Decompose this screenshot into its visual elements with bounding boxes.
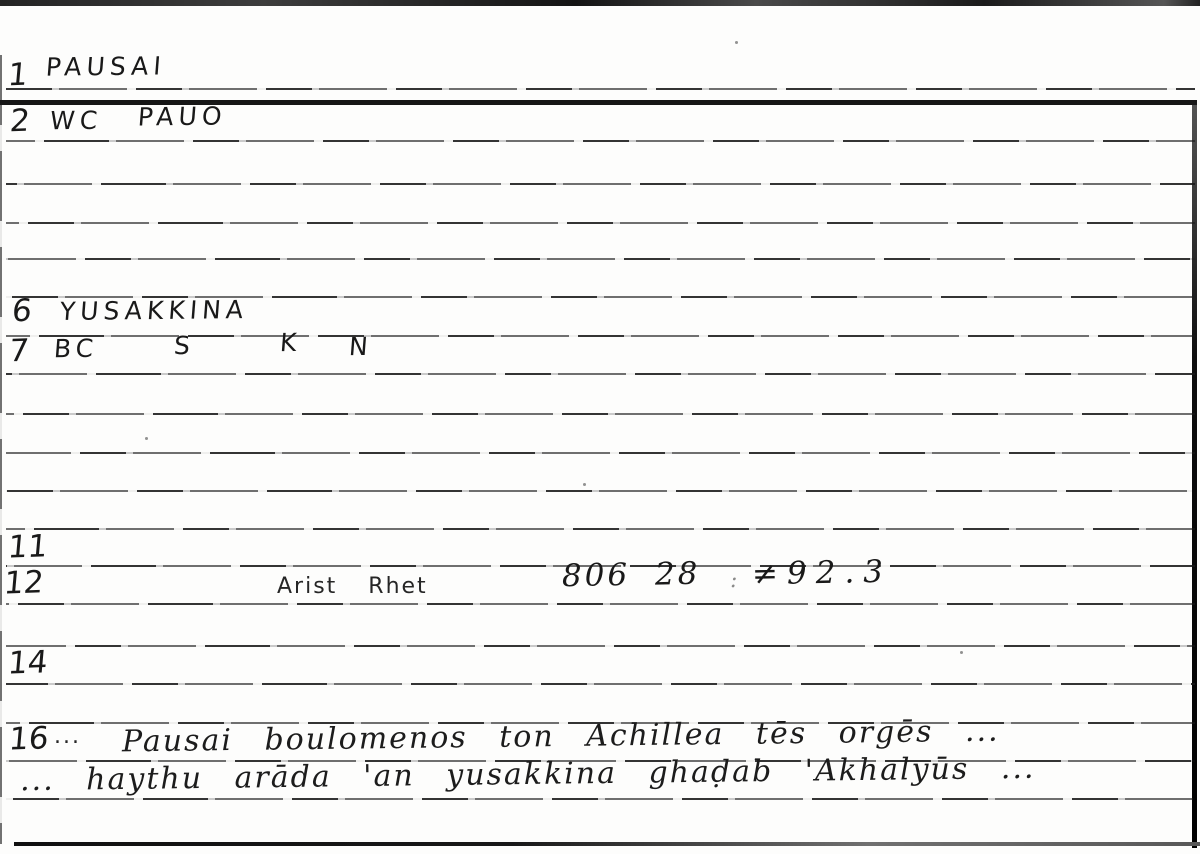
scan-speck	[960, 651, 963, 654]
handwritten-entry: S	[173, 333, 196, 358]
handwritten-entry: YUSAKKINA	[59, 297, 249, 324]
handwritten-entry: Pausai boulomenos ton Achillea tēs orgēs…	[122, 717, 1000, 758]
margin-line-number: 14	[7, 647, 49, 679]
scan-speck	[735, 41, 738, 44]
ruled-line	[6, 222, 1195, 224]
ruled-line	[6, 603, 1195, 605]
handwritten-entry: N	[348, 334, 374, 359]
ruled-line	[6, 798, 1195, 800]
handwritten-entry: PAUŌ	[137, 104, 228, 130]
handwritten-entry: PAUSAI	[45, 53, 167, 79]
ruled-line	[6, 490, 1195, 492]
ruled-line	[6, 413, 1195, 415]
margin-line-number: 2	[9, 106, 32, 138]
handwritten-entry: :	[730, 570, 741, 592]
top-edge-scan-bar	[0, 0, 1200, 6]
handwritten-entry: ≠92.3	[752, 557, 893, 590]
ruled-line	[6, 645, 1195, 647]
margin-line-number: 1	[7, 60, 30, 92]
scan-speck	[145, 437, 148, 440]
margin-line-number: 16	[8, 723, 50, 755]
ruled-line	[6, 452, 1195, 454]
margin-line-number: 11	[7, 531, 49, 563]
left-edge-line	[0, 55, 2, 844]
right-edge-line	[1192, 100, 1197, 848]
handwritten-entry: K	[279, 330, 302, 355]
margin-line-number: 6	[11, 296, 34, 328]
ruled-line	[6, 683, 1195, 685]
handwritten-entry: WC	[49, 108, 103, 134]
ruled-line	[6, 373, 1195, 375]
scan-speck	[583, 483, 586, 486]
handwritten-entry: ...	[54, 726, 81, 748]
scanned-index-card: 126711121416PAUSAIWCPAUŌYUSAKKINABCSKNAr…	[0, 0, 1200, 854]
handwritten-entry: BC	[53, 336, 99, 361]
ruled-line	[6, 258, 1195, 260]
margin-line-number: 7	[8, 336, 31, 368]
handwritten-entry: 806 28	[562, 559, 701, 592]
margin-line-number: 12	[3, 567, 45, 599]
ruled-line	[6, 528, 1195, 530]
bottom-edge-line	[14, 842, 1200, 846]
ruled-line	[6, 140, 1195, 142]
ruled-line	[6, 183, 1195, 185]
ruled-line	[6, 88, 1195, 90]
handwritten-entry: Arist Rhet	[277, 576, 428, 598]
